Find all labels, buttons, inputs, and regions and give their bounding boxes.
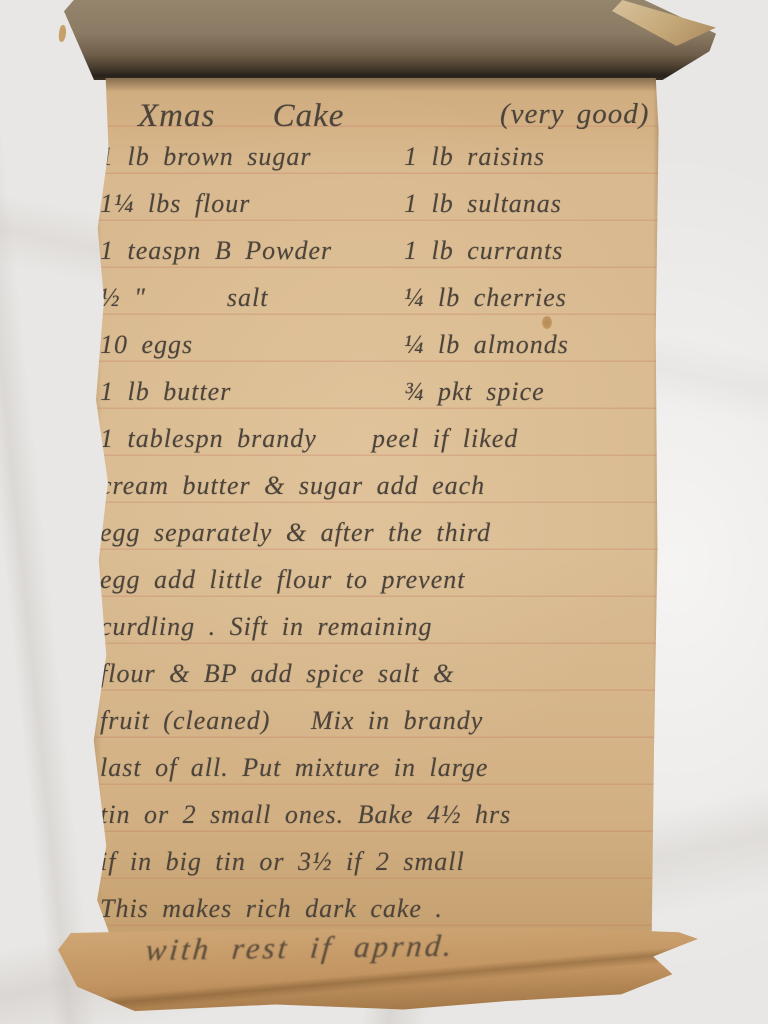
ingredient-left: 1 tablespn brandy [100, 424, 317, 454]
ingredient-right: 1 lb raisins [404, 142, 545, 172]
paper-stain [542, 316, 552, 329]
method-line: if in big tin or 3½ if 2 small [100, 847, 465, 883]
method-line: curdling . Sift in remaining [100, 612, 432, 648]
ingredient-row: 1 teaspn B Powder 1 lb currants [92, 236, 662, 272]
ingredient-row: 1 lb butter ¾ pkt spice [92, 377, 662, 413]
method-line: flour & BP add spice salt & [100, 659, 454, 695]
method-line: cream butter & sugar add each [100, 471, 485, 507]
paper-speck [58, 25, 67, 43]
ingredient-row: 1 tablespn brandy peel if liked [92, 424, 662, 460]
ingredient-right: 1 lb currants [404, 236, 563, 266]
recipe-title-note: (very good) [500, 98, 649, 131]
ingredient-row: 1 lb brown sugar 1 lb raisins [92, 142, 662, 178]
ingredient-left: 10 eggs [100, 330, 193, 360]
faded-writing: with rest if aprnd. [144, 928, 456, 968]
ingredient-left: ½ " salt [100, 283, 268, 313]
notebook-page: Xmas Cake (very good) 1 lb brown sugar 1… [92, 78, 662, 936]
ingredient-row: 1¼ lbs flour 1 lb sultanas [92, 189, 662, 225]
method-line: tin or 2 small ones. Bake 4½ hrs [100, 800, 511, 836]
ingredient-right: ¾ pkt spice [404, 377, 545, 407]
torn-page-stack: with rest if aprnd. [58, 928, 698, 1012]
ingredient-right: ¼ lb cherries [404, 283, 567, 313]
ingredient-left: 1¼ lbs flour [100, 189, 250, 219]
ingredient-row: 10 eggs ¼ lb almonds [92, 330, 662, 366]
method-line: egg separately & after the third [100, 518, 491, 554]
photograph-of-recipe-notebook: Xmas Cake (very good) 1 lb brown sugar 1… [0, 0, 768, 1024]
ingredient-left: 1 lb brown sugar [100, 142, 311, 172]
ingredient-right: 1 lb sultanas [404, 189, 562, 219]
ingredient-right: peel if liked [372, 424, 518, 454]
recipe-title: Xmas Cake [138, 98, 344, 135]
method-line: egg add little flour to prevent [100, 565, 465, 601]
method-line: last of all. Put mixture in large [100, 753, 488, 789]
ingredient-right: ¼ lb almonds [404, 330, 569, 360]
ingredient-left: 1 lb butter [100, 377, 231, 407]
ingredient-row: ½ " salt ¼ lb cherries [92, 283, 662, 319]
ingredient-left: 1 teaspn B Powder [100, 236, 332, 266]
method-line: This makes rich dark cake . [100, 894, 443, 930]
method-line: fruit (cleaned) Mix in brandy [100, 706, 483, 742]
title-line: Xmas Cake (very good) [92, 98, 662, 138]
